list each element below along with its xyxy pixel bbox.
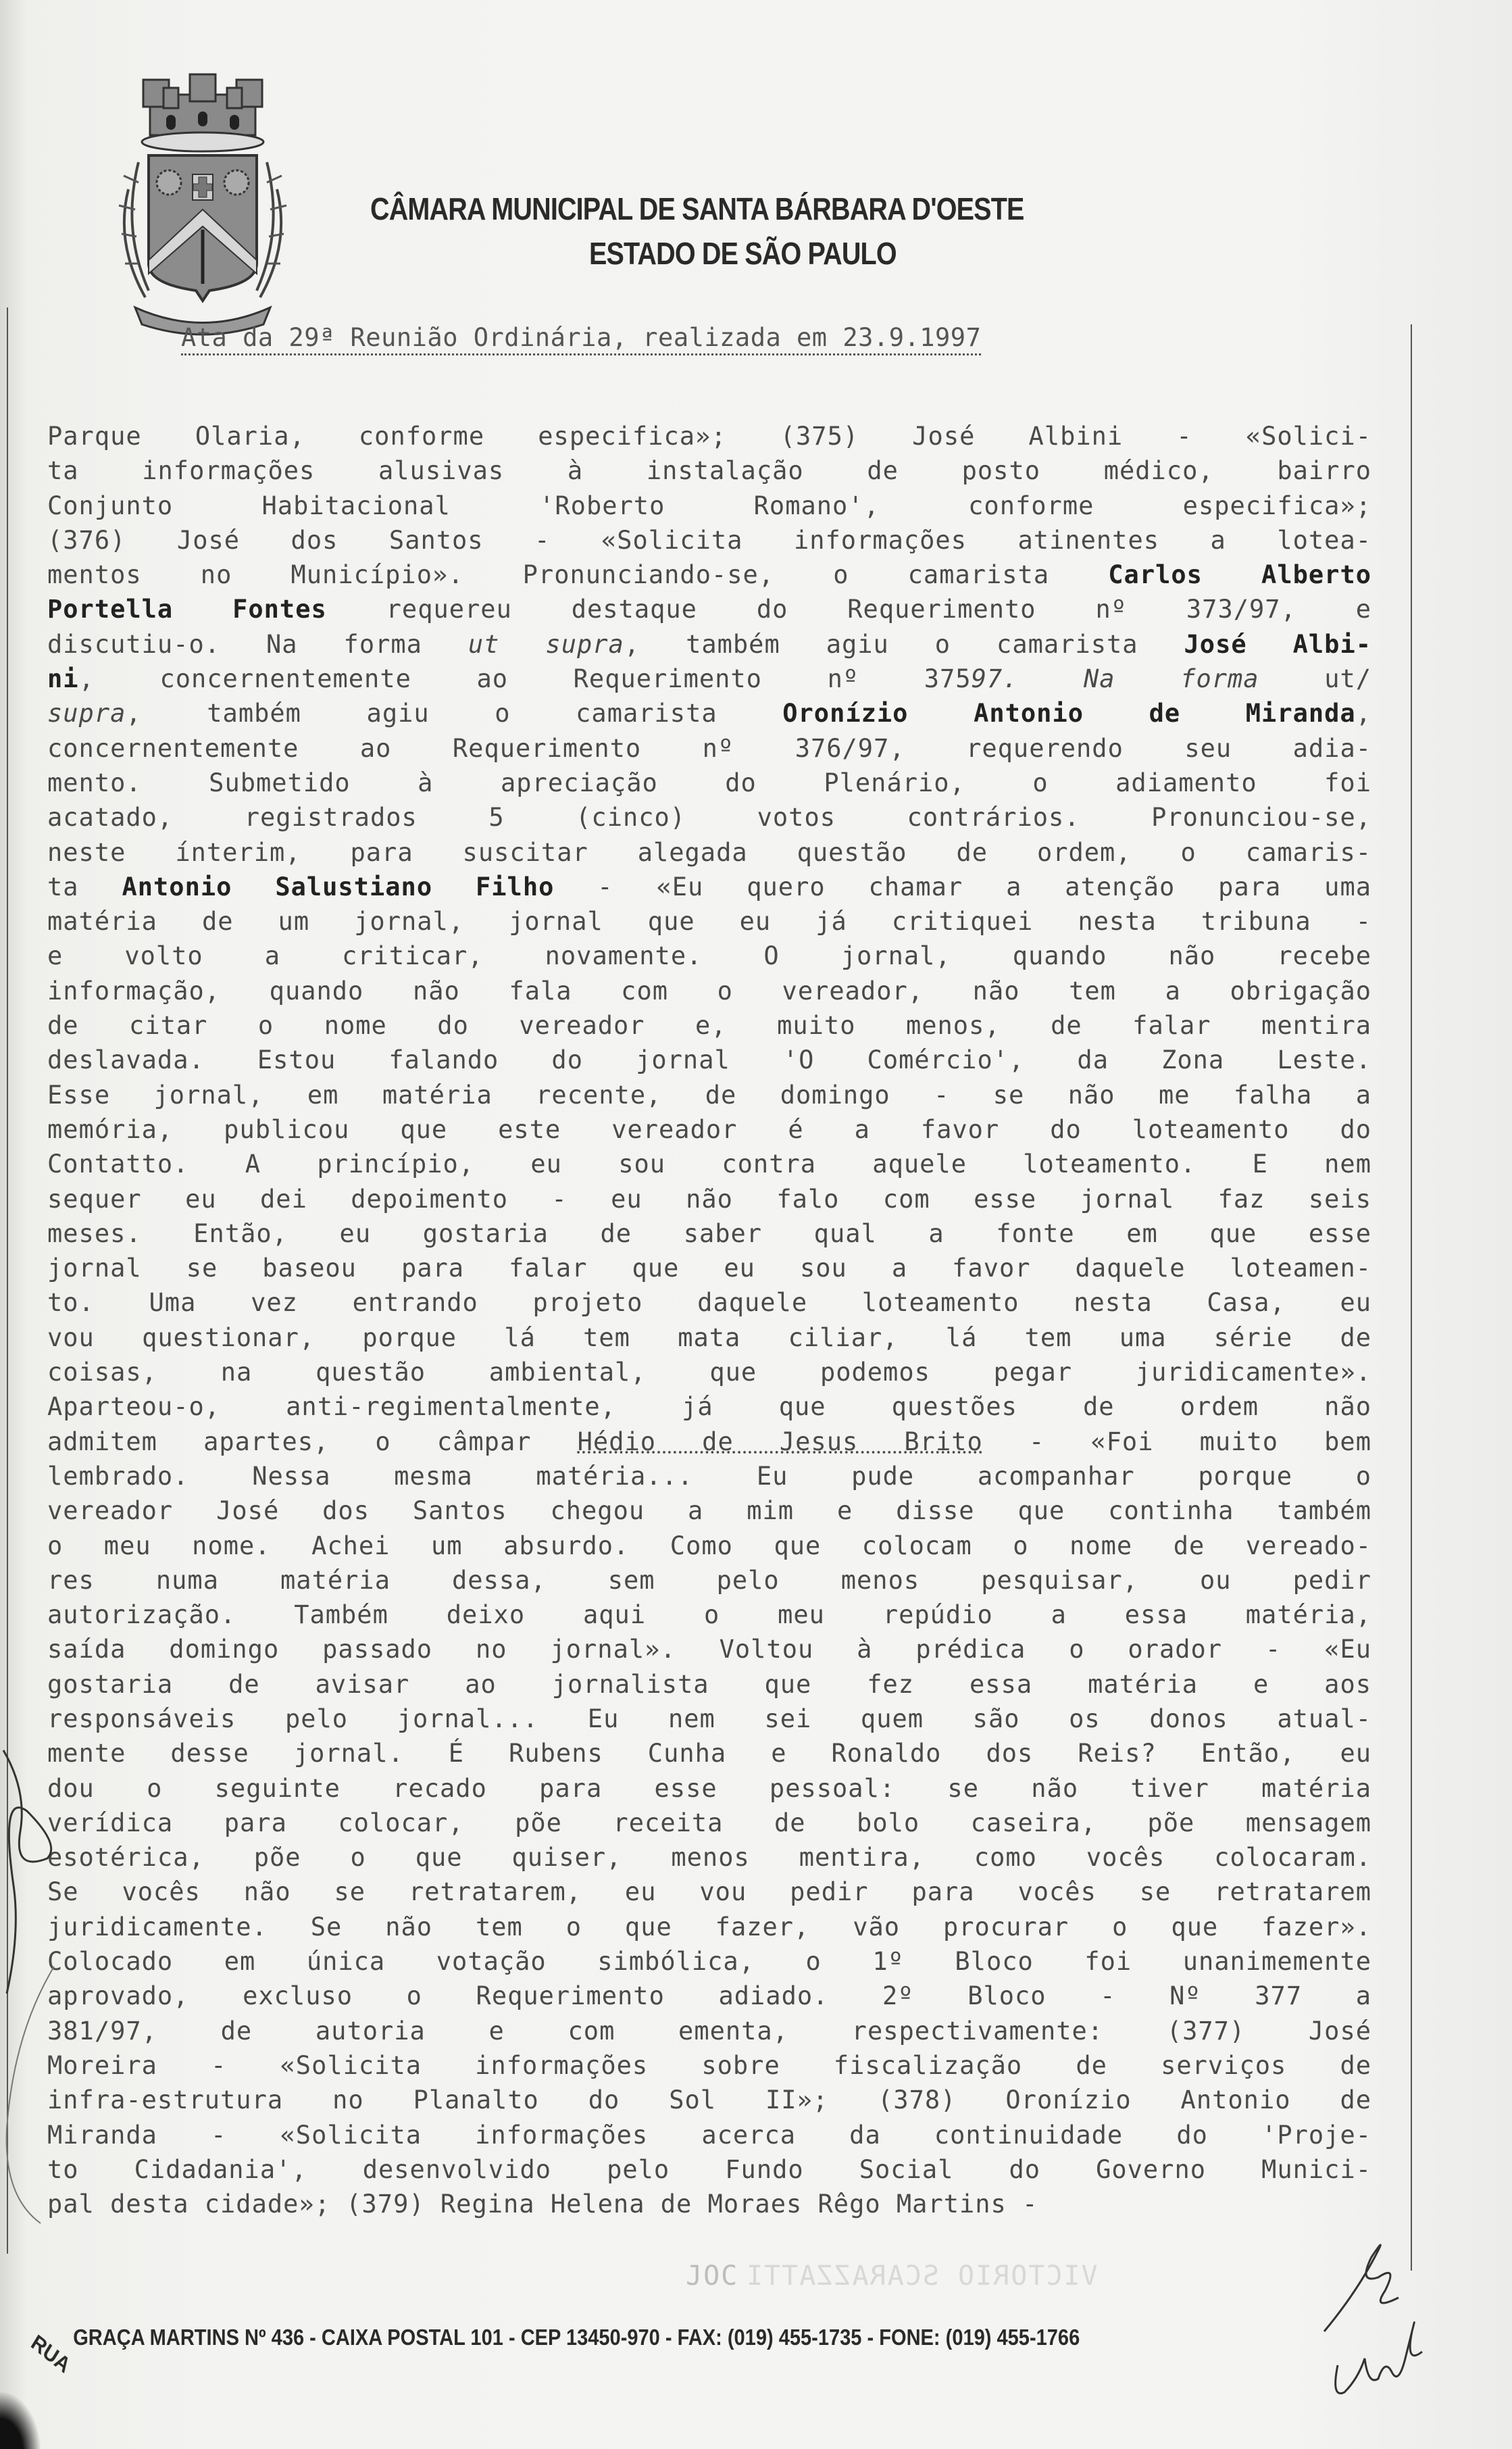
faded-stamp: JOCVICTORIO SCARAZZATTI <box>686 2260 1098 2292</box>
minutes-body-text: Parque Olaria, conforme especifica»; (37… <box>47 419 1371 2221</box>
document-title: Ata da 29ª Reunião Ordinária, realizada … <box>181 323 981 355</box>
text-line: to Cidadania', desenvolvido pelo Fundo S… <box>47 2152 1371 2187</box>
text-line: infra-estrutura no Planalto do Sol II»; … <box>47 2083 1371 2117</box>
text-line: e volto a criticar, novamente. O jornal,… <box>47 939 1371 973</box>
footer-address: RUAGRAÇA MARTINS Nº 436 - CAIXA POSTAL 1… <box>27 2325 1080 2350</box>
text-line: informação, quando não fala com o veread… <box>47 974 1371 1008</box>
text-line: vereador José dos Santos chegou a mim e … <box>47 1493 1371 1528</box>
text-line: res numa matéria dessa, sem pelo menos p… <box>47 1563 1371 1598</box>
text-line: Colocado em única votação simbólica, o 1… <box>47 1944 1371 1979</box>
text-line: Contatto. A princípio, eu sou contra aqu… <box>47 1147 1371 1181</box>
institution-name: CÂMARA MUNICIPAL DE SANTA BÁRBARA D'OEST… <box>370 191 1024 227</box>
text-line: verídica para colocar, põe receita de bo… <box>47 1806 1371 1840</box>
text-line: coisas, na questão ambiental, que podemo… <box>47 1355 1371 1389</box>
text-line: ni, concernentemente ao Requerimento nº … <box>47 662 1371 696</box>
text-line: responsáveis pelo jornal... Eu nem sei q… <box>47 1702 1371 1736</box>
margin-signature-icon <box>0 1710 61 2291</box>
stamp-mirrored-text: VICTORIO SCARAZZATTI <box>745 2260 1098 2292</box>
text-line: acatado, registrados 5 (cinco) votos con… <box>47 800 1371 835</box>
text-line: ta informações alusivas à instalação de … <box>47 453 1371 488</box>
text-line: mente desse jornal. É Rubens Cunha e Ron… <box>47 1736 1371 1771</box>
text-line: discutiu-o. Na forma ut supra, também ag… <box>47 627 1371 662</box>
coat-of-arms-icon <box>108 68 297 338</box>
text-line: deslavada. Estou falando do jornal 'O Co… <box>47 1043 1371 1077</box>
text-line: vou questionar, porque lá tem mata cilia… <box>47 1320 1371 1355</box>
footer-address-rest: GRAÇA MARTINS Nº 436 - CAIXA POSTAL 101 … <box>73 2325 1080 2350</box>
text-line: jornal se baseou para falar que eu sou a… <box>47 1251 1371 1285</box>
text-line: dou o seguinte recado para esse pessoal:… <box>47 1771 1371 1806</box>
scan-shadow-corner <box>0 2392 41 2449</box>
text-line: saída domingo passado no jornal». Voltou… <box>47 1632 1371 1666</box>
text-line: Esse jornal, em matéria recente, de domi… <box>47 1078 1371 1112</box>
text-line: lembrado. Nessa mesma matéria... Eu pude… <box>47 1459 1371 1493</box>
text-line: matéria de um jornal, jornal que eu já c… <box>47 904 1371 939</box>
right-margin-rule <box>1411 324 1412 2271</box>
text-line: neste ínterim, para suscitar alegada que… <box>47 835 1371 870</box>
text-line: Conjunto Habitacional 'Roberto Romano', … <box>47 489 1371 523</box>
text-line: meses. Então, eu gostaria de saber qual … <box>47 1216 1371 1251</box>
text-line: Miranda - «Solicita informações acerca d… <box>47 2118 1371 2152</box>
text-line: (376) José dos Santos - «Solicita inform… <box>47 523 1371 558</box>
text-line: concernentemente ao Requerimento nº 376/… <box>47 731 1371 766</box>
text-line: o meu nome. Achei um absurdo. Como que c… <box>47 1529 1371 1563</box>
text-line: Parque Olaria, conforme especifica»; (37… <box>47 419 1371 453</box>
state-name: ESTADO DE SÃO PAULO <box>589 235 897 272</box>
text-line: ta Antonio Salustiano Filho - «Eu quero … <box>47 870 1371 904</box>
text-line: de citar o nome do vereador e, muito men… <box>47 1008 1371 1043</box>
text-line: supra, também agiu o camarista Oronízio … <box>47 696 1371 731</box>
text-line: mento. Submetido à apreciação do Plenári… <box>47 766 1371 800</box>
text-line: autorização. Também deixo aqui o meu rep… <box>47 1598 1371 1632</box>
text-line: 381/97, de autoria e com ementa, respect… <box>47 2014 1371 2048</box>
text-line: memória, publicou que este vereador é a … <box>47 1112 1371 1147</box>
stamp-initials: JOC <box>686 2260 738 2292</box>
text-line: sequer eu dei depoimento - eu não falo c… <box>47 1182 1371 1216</box>
text-line: Se vocês não se retratarem, eu vou pedir… <box>47 1875 1371 1909</box>
text-line: to. Uma vez entrando projeto daquele lot… <box>47 1285 1371 1320</box>
text-line: juridicamente. Se não tem o que fazer, v… <box>47 1910 1371 1944</box>
text-line: pal desta cidade»; (379) Regina Helena d… <box>47 2187 1371 2221</box>
text-line: Aparteou-o, anti-regimentalmente, já que… <box>47 1389 1371 1424</box>
bottom-right-signature-icon <box>1304 2196 1439 2413</box>
text-line: admitem apartes, o câmpar Hédio de Jesus… <box>47 1425 1371 1459</box>
text-line: aprovado, excluso o Requerimento adiado.… <box>47 1979 1371 2013</box>
text-line: mentos no Município». Pronunciando-se, o… <box>47 558 1371 592</box>
text-line: gostaria de avisar ao jornalista que fez… <box>47 1667 1371 1702</box>
text-line: esotérica, põe o que quiser, menos menti… <box>47 1840 1371 1875</box>
text-line: Moreira - «Solicita informações sobre fi… <box>47 2048 1371 2083</box>
text-line: Portella Fontes requereu destaque do Req… <box>47 592 1371 626</box>
